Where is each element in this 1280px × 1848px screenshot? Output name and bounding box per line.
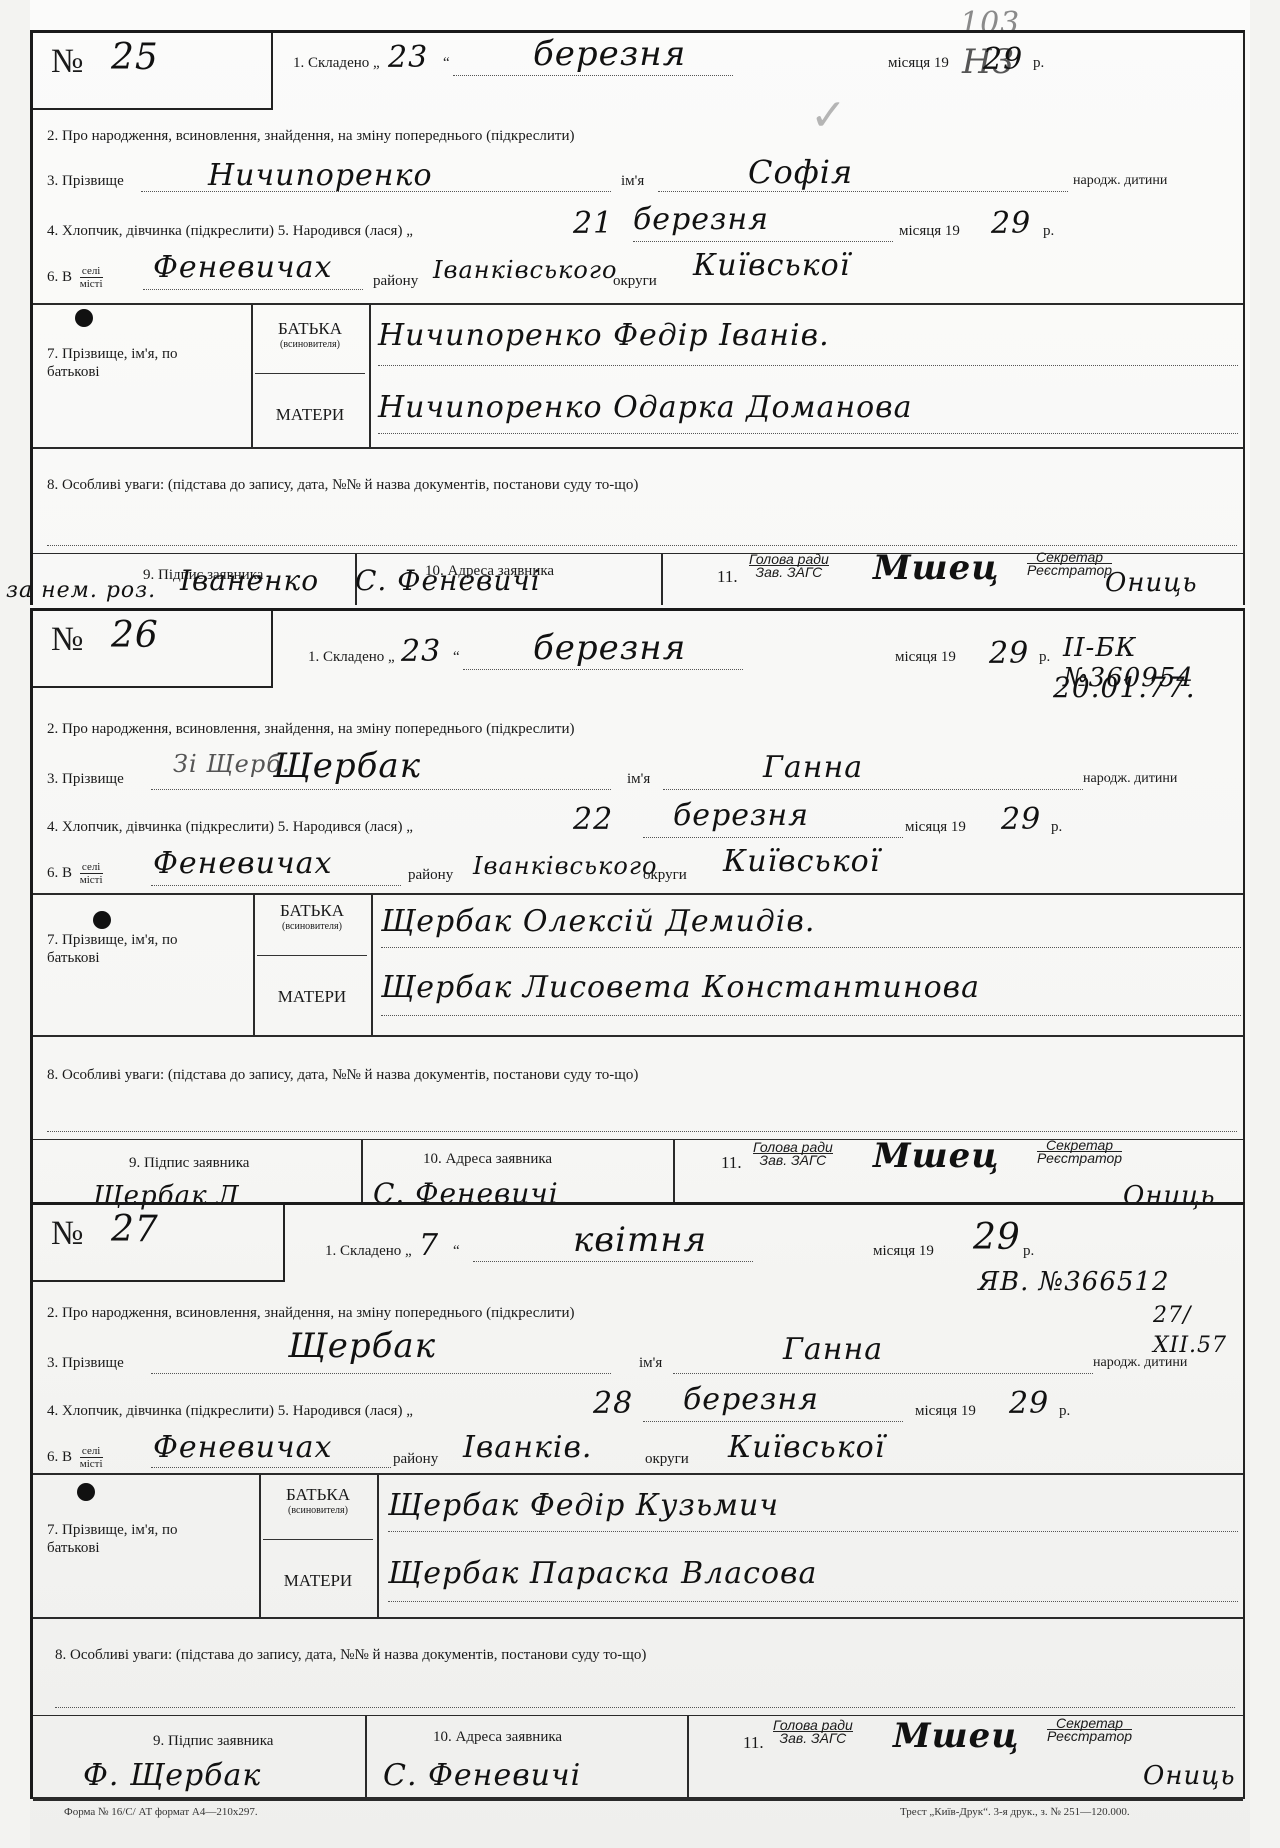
event-type-label: 2. Про народження, всиновлення, знайденн…: [47, 1305, 1233, 1322]
dotted-line: [643, 837, 903, 838]
adopter-label: (всиновителя): [263, 1505, 373, 1516]
district: Іванків.: [463, 1433, 592, 1463]
dotted-line: [673, 1373, 1093, 1374]
head-label: Голова радиЗав. ЗАГС: [773, 1719, 853, 1744]
head-label: Голова радиЗав. ЗАГС: [753, 1141, 833, 1166]
born-label: 5. Народився (лася) „: [278, 819, 413, 835]
divider: [253, 895, 255, 1035]
divider: [377, 1475, 379, 1617]
father-label-block: БАТЬКА (всиновителя): [257, 901, 367, 932]
village-town-fraction: селімісті: [80, 265, 103, 290]
sex-label: 4. Хлопчик, дівчинка (підкреслити): [47, 223, 274, 239]
child-label: народж. дитини: [1093, 1355, 1233, 1371]
compiled-day: 7: [419, 1231, 439, 1261]
dotted-line: [378, 365, 1238, 366]
punch-hole: [77, 1483, 95, 1501]
town-label: місті: [80, 1458, 103, 1470]
divider: [371, 895, 373, 1035]
compiled-month: березня: [533, 39, 686, 69]
place-label: 6. В: [47, 865, 72, 881]
compiled-day: 23: [388, 43, 428, 73]
father-label-block: БАТЬКА (всиновителя): [263, 1485, 373, 1516]
birth-day: 22: [573, 805, 613, 835]
registry-head-title: Зав. ЗАГС: [753, 1154, 833, 1166]
born-label: 5. Народився (лася) „: [278, 1403, 413, 1419]
sex-label: 4. Хлопчик, дівчинка (підкреслити): [47, 819, 274, 835]
compiled-day: 23: [401, 637, 441, 667]
certificate-annotation: ЯВ. №366512: [978, 1267, 1170, 1297]
event-type-label: 2. Про народження, всиновлення, знайденн…: [47, 128, 575, 144]
compiled-month: квітня: [573, 1225, 707, 1255]
okrug: Київської: [693, 251, 850, 281]
field-7-parents: 7. Прізвище, ім'я, по батькові: [47, 345, 217, 381]
registry-head-title: Зав. ЗАГС: [749, 566, 829, 578]
divider: [369, 305, 371, 447]
father-label: БАТЬКА: [255, 319, 365, 339]
child-surname: Ничипоренко: [208, 161, 433, 191]
village-town-fraction: селімісті: [80, 1445, 103, 1470]
record-number-box: № 25: [33, 33, 273, 110]
dotted-line: [381, 947, 1241, 948]
year-suffix: р.: [1043, 223, 1233, 240]
secretary-signature: Ониць: [1105, 568, 1197, 598]
father-full-name: Щербак Олексій Демидів.: [381, 907, 815, 937]
event-type-label: 2. Про народження, всиновлення, знайденн…: [47, 721, 1233, 738]
record-number: 25: [111, 37, 159, 78]
dotted-line: [381, 1015, 1241, 1016]
father-label: БАТЬКА: [263, 1485, 373, 1505]
applicant-address: С. Феневичі: [383, 1761, 581, 1791]
district: Іванківського: [433, 255, 617, 285]
field-7-parents: 7. Прізвище, ім'я, по батькові: [47, 931, 217, 967]
sex-label: 4. Хлопчик, дівчинка (підкреслити): [47, 1403, 274, 1419]
father-full-name: Щербак Федір Кузьмич: [388, 1491, 779, 1521]
secretary-signature: Ониць: [1143, 1761, 1235, 1791]
applicant-signature: Іваненко: [180, 566, 319, 596]
dotted-line: [473, 1261, 753, 1262]
mother-label: МАТЕРИ: [257, 987, 367, 1007]
certificate-date: 20.01.77.: [1053, 673, 1196, 703]
divider: [33, 1035, 1243, 1037]
village-town-fraction: селімісті: [80, 861, 103, 886]
record-25: № 25 1. Складено „ 23 “ березня місяця 1…: [30, 30, 1245, 605]
dotted-line: [643, 1421, 903, 1422]
year-suffix: р.: [1033, 55, 1233, 72]
dotted-line: [151, 789, 611, 790]
place-label: 6. В: [47, 269, 72, 285]
divider: [661, 553, 663, 605]
punch-hole: [75, 309, 93, 327]
town-label: місті: [80, 874, 103, 886]
number-sign: №: [51, 1215, 83, 1253]
record-number: 27: [111, 1209, 159, 1250]
head-signature: Мшец: [873, 1141, 1000, 1171]
child-surname: Щербак: [288, 1331, 436, 1361]
okrug: Київської: [723, 847, 880, 877]
dotted-line: [463, 669, 743, 670]
district: Іванківського: [473, 851, 657, 881]
birth-month: березня: [633, 205, 769, 235]
birth-month: березня: [683, 1385, 819, 1415]
field-8-remarks: 8. Особливі уваги: (підстава до запису, …: [55, 1647, 1233, 1664]
village-label: селі: [80, 1445, 103, 1458]
registrar-title: Реєстратор: [1047, 1730, 1132, 1742]
dotted-line: [143, 289, 363, 290]
field-2-event-type: 2. Про народження, всиновлення, знайденн…: [47, 128, 1233, 145]
field-8-remarks: 8. Особливі уваги: (підстава до запису, …: [47, 477, 1233, 494]
margin-note: за нем. роз.: [6, 578, 156, 603]
dotted-line: [47, 1131, 1237, 1132]
birth-year: 29: [1001, 805, 1041, 835]
surname-label: 3. Прізвище: [47, 173, 124, 189]
birth-month: березня: [673, 801, 809, 831]
child-name: Софія: [748, 157, 853, 187]
adopter-label: (всиновителя): [255, 339, 365, 350]
dotted-line: [151, 1467, 391, 1468]
divider: [257, 955, 367, 956]
divider: [255, 373, 365, 374]
child-surname: Щербак: [273, 751, 421, 781]
dotted-line: [47, 545, 1237, 546]
divider: [361, 1139, 363, 1203]
divider: [33, 447, 1243, 449]
village: Феневичах: [153, 849, 332, 879]
applicant-signature: Ф. Щербак: [83, 1761, 261, 1791]
mother-full-name: Щербак Параска Власова: [388, 1559, 817, 1589]
child-name: Ганна: [783, 1335, 883, 1365]
field-8-remarks: 8. Особливі уваги: (підстава до запису, …: [47, 1067, 1233, 1084]
dotted-line: [55, 1707, 1235, 1708]
village-label: селі: [80, 265, 103, 278]
dotted-line: [151, 1373, 611, 1374]
child-label: народж. дитини: [1083, 771, 1233, 787]
scanned-register-page: 103 НЗ ✓ № 25 1. Складено „ 23 “ березня…: [30, 0, 1250, 1848]
dotted-line: [151, 885, 401, 886]
divider: [33, 303, 1243, 305]
mother-label: МАТЕРИ: [263, 1571, 373, 1591]
child-label: народж. дитини: [1073, 173, 1233, 189]
village: Феневичах: [153, 1433, 332, 1463]
dotted-line: [663, 789, 1083, 790]
dotted-line: [378, 433, 1238, 434]
born-label: 5. Народився (лася) „: [278, 223, 413, 239]
head-signature: Мшец: [893, 1721, 1020, 1751]
divider: [263, 1539, 373, 1540]
compiled-year: 29: [973, 1223, 1021, 1253]
year-suffix: р.: [1051, 819, 1233, 836]
form-code-footer: Форма № 16/С/ АТ формат А4—210х297.: [64, 1806, 258, 1818]
registrar-title: Реєстратор: [1037, 1152, 1122, 1164]
divider: [687, 1715, 689, 1799]
father-label-block: БАТЬКА (всиновителя): [255, 319, 365, 350]
applicant-address: С. Феневичі: [355, 566, 541, 596]
secretary-label: СекретарРеєстратор: [1027, 551, 1112, 576]
divider: [33, 893, 1243, 895]
head-label: Голова радиЗав. ЗАГС: [749, 553, 829, 578]
village-label: селі: [80, 861, 103, 874]
divider: [251, 305, 253, 447]
record-27: № 27 1. Складено „ 7 “ квітня місяця 19 …: [30, 1202, 1245, 1799]
divider: [259, 1475, 261, 1617]
village: Феневичах: [153, 253, 332, 283]
compiled-label: 1. Складено „: [293, 55, 380, 71]
compiled-month: березня: [533, 633, 686, 663]
birth-year: 29: [1009, 1389, 1049, 1419]
birth-year: 29: [991, 209, 1031, 239]
town-label: місті: [80, 278, 103, 290]
printer-footer: Трест „Київ-Друк“. 3-я друк., з. № 251—1…: [900, 1806, 1130, 1818]
father-label: БАТЬКА: [257, 901, 367, 921]
registry-head-title: Зав. ЗАГС: [773, 1732, 853, 1744]
dotted-line: [453, 75, 733, 76]
record-26: № 26 1. Складено „ 23 “ березня місяця 1…: [30, 608, 1245, 1203]
divider: [33, 1617, 1243, 1619]
record-number-box: № 26: [33, 611, 273, 688]
dotted-line: [658, 191, 1068, 192]
dotted-line: [633, 241, 893, 242]
head-signature: Мшец: [873, 553, 1000, 583]
child-name: Ганна: [763, 753, 863, 783]
divider: [673, 1139, 675, 1203]
okrug: Київської: [728, 1433, 885, 1463]
secretary-label: СекретарРеєстратор: [1037, 1139, 1122, 1164]
compiled-year: 29: [989, 639, 1029, 669]
punch-hole: [93, 911, 111, 929]
field-7-parents: 7. Прізвище, ім'я, по батькові: [47, 1521, 217, 1557]
year-suffix: р.: [1023, 1243, 1233, 1260]
adopter-label: (всиновителя): [257, 921, 367, 932]
compiled-year: 29: [983, 45, 1023, 75]
record-number: 26: [111, 615, 159, 656]
mother-full-name: Щербак Лисовета Константинова: [381, 973, 980, 1003]
bottom-border: [33, 1797, 1243, 1801]
number-sign: №: [51, 43, 83, 81]
number-sign: №: [51, 621, 83, 659]
divider: [365, 1715, 367, 1799]
divider: [33, 1473, 1243, 1475]
year-suffix: р.: [1059, 1403, 1233, 1420]
father-full-name: Ничипоренко Федір Іванів.: [378, 321, 830, 351]
birth-day: 28: [593, 1389, 633, 1419]
dotted-line: [388, 1601, 1238, 1602]
registrar-title: Реєстратор: [1027, 564, 1112, 576]
dotted-line: [388, 1531, 1238, 1532]
place-label: 6. В: [47, 1449, 72, 1465]
mother-label: МАТЕРИ: [255, 405, 365, 425]
mother-full-name: Ничипоренко Одарка Доманова: [378, 393, 913, 423]
birth-day: 21: [573, 209, 613, 239]
secretary-label: СекретарРеєстратор: [1047, 1717, 1132, 1742]
record-number-box: № 27: [33, 1205, 285, 1282]
